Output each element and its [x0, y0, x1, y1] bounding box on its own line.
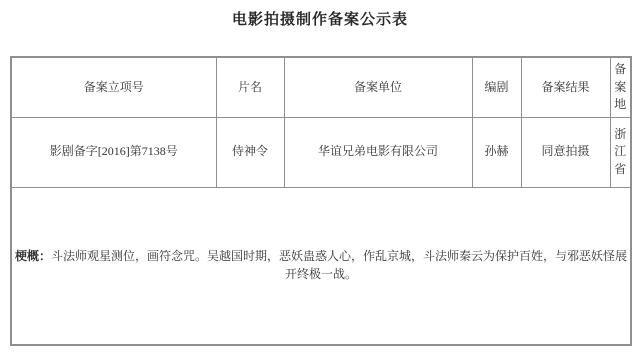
table-header-row: 备案立项号 片名 备案单位 编剧 备案结果 备案地: [11, 57, 631, 117]
cell-filing-location: 浙江省: [610, 117, 631, 187]
synopsis-text: 斗法师观星测位，画符念咒。吴越国时期，恶妖蛊惑人心，作乱京城，斗法师秦云为保护百…: [51, 249, 627, 280]
page-title: 电影拍摄制作备案公示表: [0, 0, 640, 56]
synopsis-cell: 梗概：斗法师观星测位，画符念咒。吴越国时期，恶妖蛊惑人心，作乱京城，斗法师秦云为…: [11, 187, 631, 345]
cell-filing-number: 影剧备字[2016]第7138号: [11, 117, 216, 187]
header-filing-result: 备案结果: [521, 57, 610, 117]
cell-screenwriter: 孙赫: [472, 117, 521, 187]
header-film-title: 片名: [216, 57, 284, 117]
header-filing-unit: 备案单位: [284, 57, 472, 117]
table-row: 影剧备字[2016]第7138号 侍神令 华谊兄弟电影有限公司 孙赫 同意拍摄 …: [11, 117, 631, 187]
cell-filing-result: 同意拍摄: [521, 117, 610, 187]
header-filing-location: 备案地: [610, 57, 631, 117]
header-screenwriter: 编剧: [472, 57, 521, 117]
filing-notice-table: 备案立项号 片名 备案单位 编剧 备案结果 备案地 影剧备字[2016]第713…: [10, 56, 632, 346]
synopsis-row: 梗概：斗法师观星测位，画符念咒。吴越国时期，恶妖蛊惑人心，作乱京城，斗法师秦云为…: [11, 187, 631, 345]
cell-film-title: 侍神令: [216, 117, 284, 187]
header-filing-number: 备案立项号: [11, 57, 216, 117]
cell-filing-unit: 华谊兄弟电影有限公司: [284, 117, 472, 187]
synopsis-label: 梗概：: [15, 249, 51, 263]
